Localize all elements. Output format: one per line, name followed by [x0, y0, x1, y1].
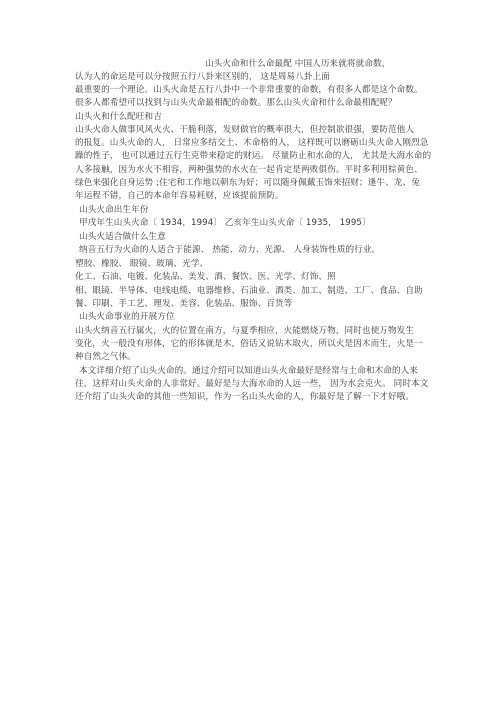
- document-page: 山头火命和什么命最配 中国人历来就将就命数， 认为人的命运是可以分按照五行八卦来…: [0, 0, 500, 708]
- text-line: 年运程不错，自己的本命年容易耗财，应该提前预防。: [75, 190, 284, 202]
- text-line: 变化，火一般没有形体，它的形体就是木，俗话又说钻木取火，所以火是因木而生，火是一: [75, 338, 423, 350]
- text-line: 最重要的一个理论。山头火命是五行八卦中一个非常重要的命数，有很多人都是这个命数。: [75, 84, 423, 96]
- text-line: 化工、石油、电镀、化装品、美发、酒、餐饮、医、光学、灯饰、照: [75, 271, 336, 283]
- text-line: 还介绍了山头火命的其他一些知识，作为一名山头火命的人，你最好是了解一下才好哦。: [75, 391, 414, 403]
- title-line: 山头火命和什么命最配 中国人历来就将就命数，: [205, 58, 390, 70]
- text-line: 往，这样对山头火命的人非常好。最好是与大海水命的人远一些， 因为水会克火。 同时…: [75, 378, 428, 390]
- text-line: 绿色来强化自身运势 ;住宅和工作地以朝东为好；可以随身佩戴玉饰来招财；逢牛、龙、…: [75, 177, 420, 189]
- section-heading: 山头火命事业的开展方位: [79, 311, 175, 323]
- text-line: 山头火命人做事风风火火、干脆利落，发财做官的概率很大，但控制欲很强，要防范他人: [75, 124, 414, 136]
- text-line: 塑胶、橡胶、 眼镜、玻璃、光学、: [75, 258, 208, 270]
- text-line: 纳音五行为火命的人适合于能源、 热能、动力、光源、 人身装饰性质的行业。: [79, 244, 380, 256]
- text-line: 很多人都希望可以找到与山头火命最相配的命数。那么山头火命和什么命最相配呢？: [75, 97, 397, 109]
- text-line: 的报复。山头火命的人， 日常应多结交土、木命格的人， 这样既可以磨砺山头火命人刚…: [75, 137, 428, 149]
- text-line: 认为人的命运是可以分按照五行八卦来区别的， 这是周易八卦上面: [75, 71, 330, 83]
- text-line: 本文详细介绍了山头火命的。通过介绍可以知道山头火命最好是经常与土命和木命的人来: [79, 365, 418, 377]
- section-heading: 山头火适合做什么生意: [79, 231, 166, 243]
- text-line: 相、眼镜、半导体、电线电缆、电器维修、石油业、酒类、加工、制造、工厂、食品、自助: [75, 285, 423, 297]
- text-line: 躁的性子， 也可以通过五行生克带来稳定的财运。 尽量防止和水命的人， 尤其是大海…: [75, 150, 431, 162]
- text-line: 种自然之气体。: [75, 351, 136, 363]
- text-line: 山头火纳音五行属火，火的位置在南方，与夏季相应，火能燃烧万物，同时也使万物发生: [75, 325, 414, 337]
- section-heading: 山头火命出生年份: [79, 204, 149, 216]
- text-line: 人多接触，因为水火不相容，两种强势的水火在一起肯定是两败俱伤。平时多利用棕黄色、: [75, 164, 423, 176]
- text-line: 餐、印刷、手工艺、理发、美容、化装品、服饰、百货等: [75, 298, 292, 310]
- text-line: 甲戌年生山头火命〔 1934，1994〕 乙亥年生山头火命〔 1935， 199…: [79, 217, 371, 229]
- section-heading: 山头火和什么配旺和吉: [75, 111, 162, 123]
